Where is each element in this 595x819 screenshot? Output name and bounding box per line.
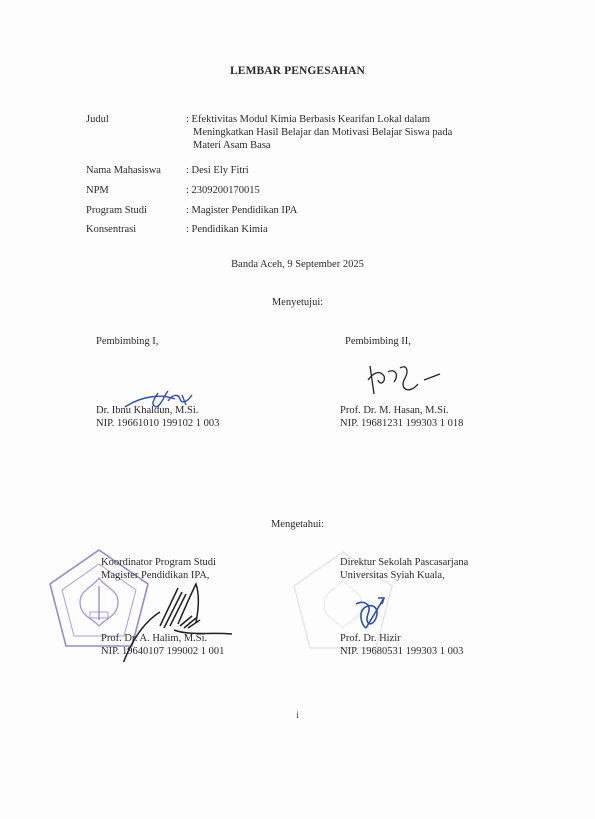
supervisor-1-name: Dr. Ibnu Khaldun, M.Si.	[96, 404, 198, 417]
supervisor-2-name: Prof. Dr. M. Hasan, M.Si.	[340, 404, 449, 417]
approve-heading: Menyetujui:	[0, 296, 595, 309]
field-value-judul-line1: : Efektivitas Modul Kimia Berbasis Keari…	[186, 113, 430, 126]
supervisor-1-role: Pembimbing I,	[96, 335, 158, 348]
supervisor-2-nip: NIP. 19681231 199303 1 018	[340, 417, 463, 430]
signature-official-2	[350, 594, 390, 634]
field-value-judul-line2: Meningkatkan Hasil Belajar dan Motivasi …	[193, 126, 452, 139]
place-date: Banda Aceh, 9 September 2025	[0, 258, 595, 271]
supervisor-2-role: Pembimbing II,	[345, 335, 411, 348]
official-2-role-line1: Direktur Sekolah Pascasarjana	[340, 556, 468, 569]
field-value-prodi: : Magister Pendidikan IPA	[186, 204, 297, 217]
signature-supervisor-2	[360, 360, 450, 402]
official-1-nip: NIP. 19640107 199002 1 001	[101, 645, 224, 658]
field-label-prodi: Program Studi	[86, 204, 147, 217]
field-value-npm: : 2309200170015	[186, 184, 260, 197]
official-1-role-line1: Koordinator Program Studi	[101, 556, 216, 569]
official-1-name: Prof. Dr. A. Halim, M.Si.	[101, 632, 207, 645]
official-1-role-line2: Magister Pendidikan IPA,	[101, 569, 209, 582]
field-label-judul: Judul	[86, 113, 109, 126]
page-title: LEMBAR PENGESAHAN	[0, 65, 595, 77]
field-label-nama: Nama Mahasiswa	[86, 164, 161, 177]
field-value-judul-line3: Materi Asam Basa	[193, 139, 271, 152]
acknowledge-heading: Mengetahui:	[0, 518, 595, 531]
field-value-nama: : Desi Ely Fitri	[186, 164, 249, 177]
field-label-npm: NPM	[86, 184, 109, 197]
official-2-role-line2: Universitas Syiah Kuala,	[340, 569, 445, 582]
field-value-konsentrasi: : Pendidikan Kimia	[186, 223, 268, 236]
supervisor-1-nip: NIP. 19661010 199102 1 003	[96, 417, 219, 430]
official-2-name: Prof. Dr. Hizir	[340, 632, 401, 645]
page-number: i	[0, 709, 595, 722]
official-2-nip: NIP. 19680531 199303 1 003	[340, 645, 463, 658]
field-label-konsentrasi: Konsentrasi	[86, 223, 136, 236]
